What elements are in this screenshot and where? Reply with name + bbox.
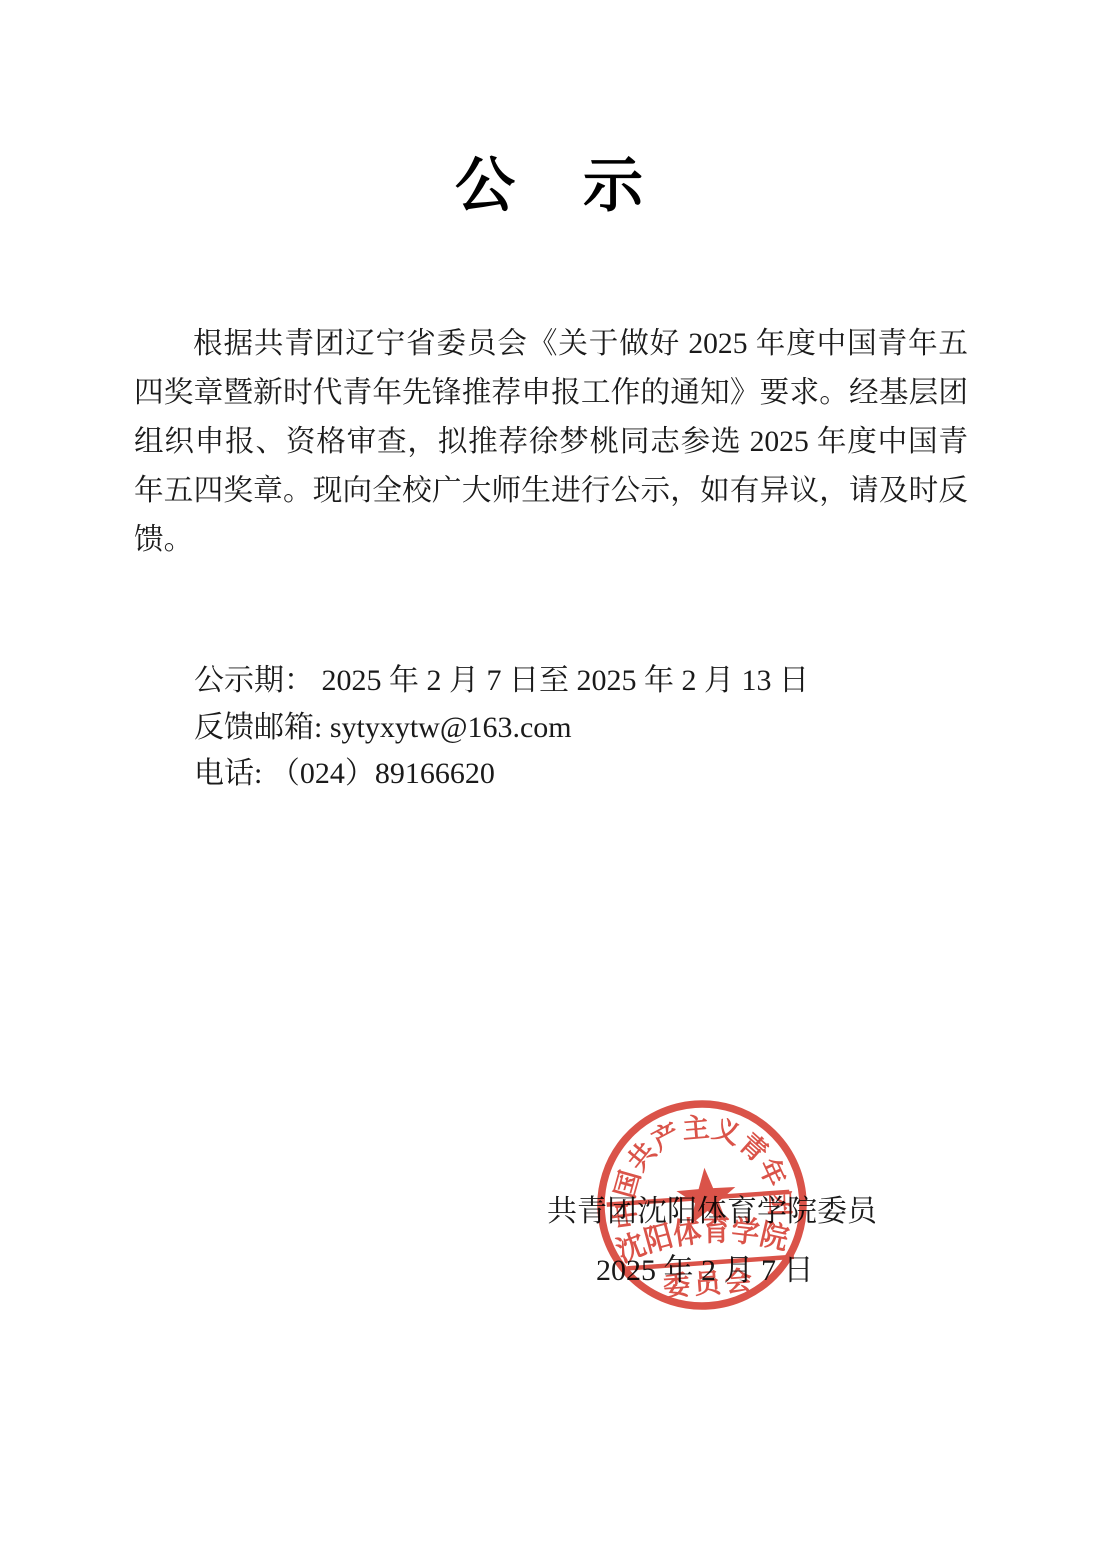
phone-number: 电话: （024）89166620 [194,751,809,798]
contact-info: 公示期： 2025 年 2 月 7 日至 2025 年 2 月 13 日 反馈邮… [194,658,809,798]
notice-body: 根据共青团辽宁省委员会《关于做好 2025 年度中国青年五 四奖章暨新时代青年先… [134,320,968,565]
body-line-4: 年五四奖章。现向全校广大师生进行公示，如有异议，请及时反 [134,467,968,516]
notice-page: 公 示 根据共青团辽宁省委员会《关于做好 2025 年度中国青年五 四奖章暨新时… [0,0,1102,1559]
notice-title: 公 示 [0,138,1102,224]
publicity-period: 公示期： 2025 年 2 月 7 日至 2025 年 2 月 13 日 [194,658,809,705]
feedback-email: 反馈邮箱: sytyxytw@163.com [194,705,809,752]
body-line-1: 根据共青团辽宁省委员会《关于做好 2025 年度中国青年五 [134,320,968,369]
official-seal: 中国共产主义青年团 沈阳体育学院 委员会 [585,1088,820,1323]
body-line-2: 四奖章暨新时代青年先锋推荐申报工作的通知》要求。经基层团 [134,369,968,418]
body-line-3: 组织申报、资格审查，拟推荐徐梦桃同志参选 2025 年度中国青 [134,418,968,467]
seal-ink-line-lower [627,1257,794,1269]
body-line-5: 馈。 [134,516,968,565]
